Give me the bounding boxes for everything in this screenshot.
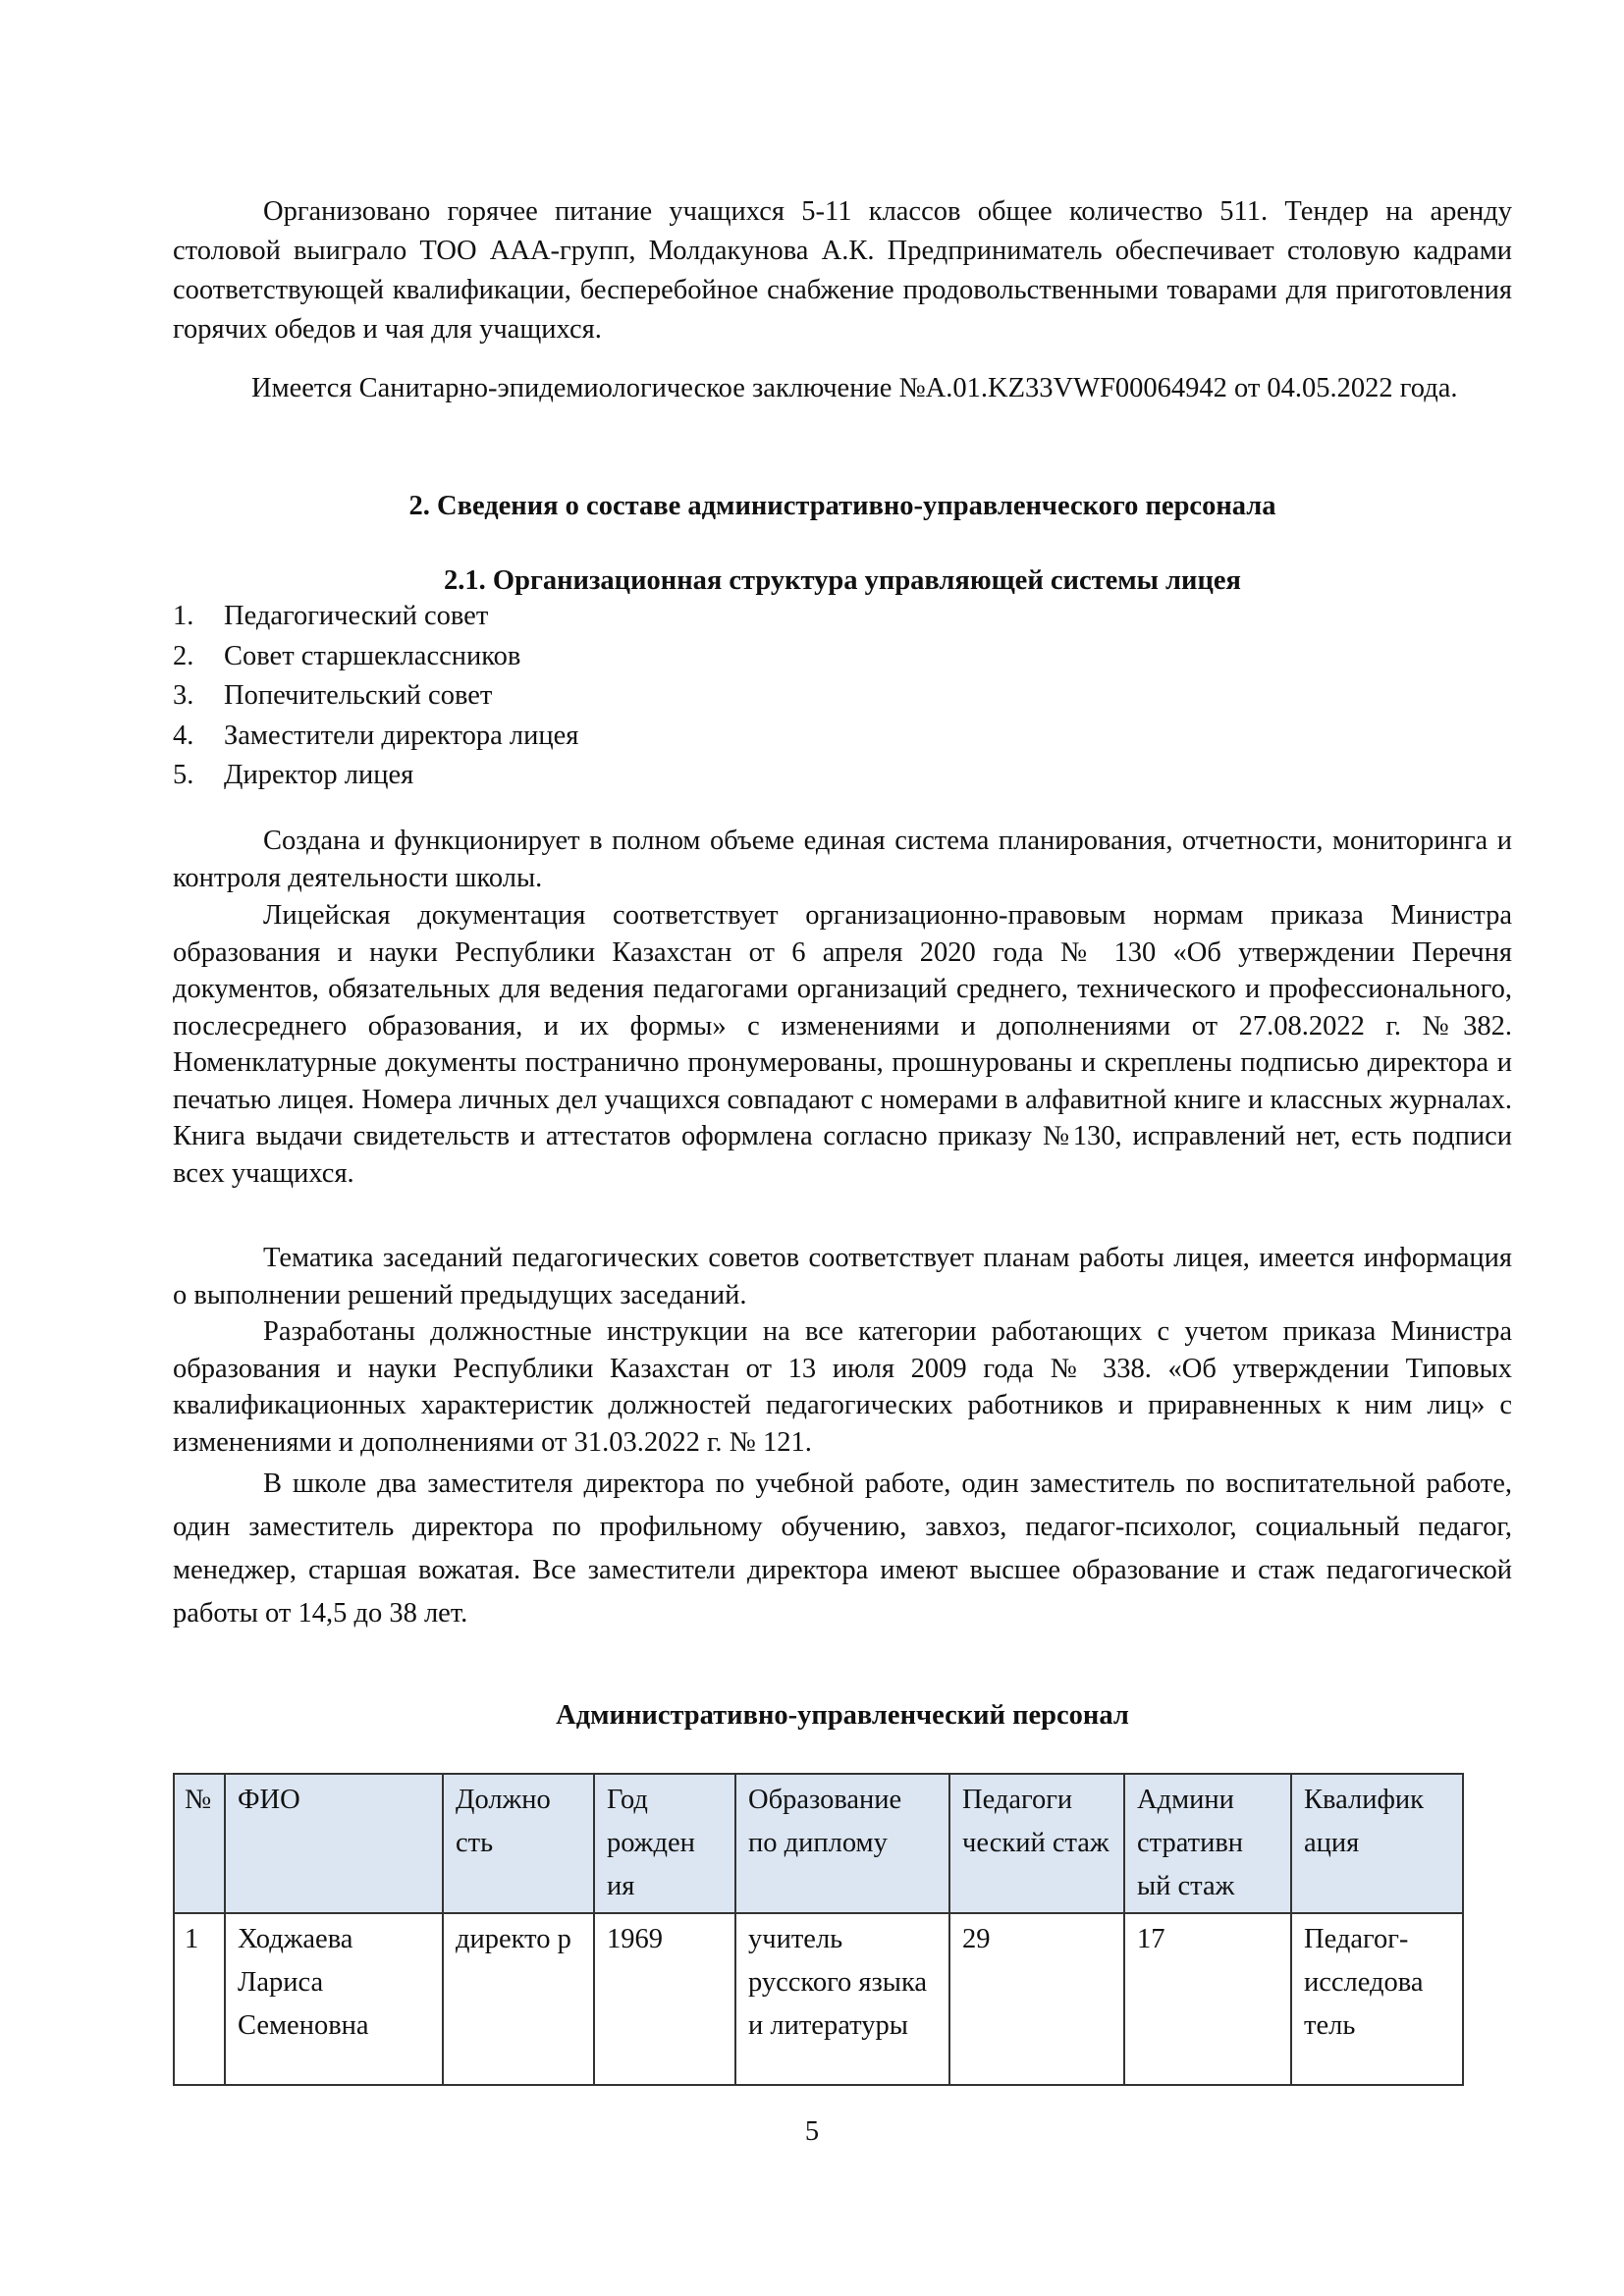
document-page: Организовано горячее питание учащихся 5-… bbox=[0, 0, 1624, 2296]
cell-position: директо р bbox=[443, 1913, 594, 2085]
paragraph-text: Организовано горячее питание учащихся 5-… bbox=[173, 196, 1512, 345]
cell-birth-year: 1969 bbox=[594, 1913, 735, 2085]
paragraph-sanitary-conclusion: Имеется Санитарно-эпидемиологическое зак… bbox=[173, 369, 1512, 408]
section-heading-2-1: 2.1. Организационная структура управляющ… bbox=[173, 561, 1512, 601]
cell-teaching-experience: 29 bbox=[949, 1913, 1124, 2085]
column-header-admin-experience: Админи стративн ый стаж bbox=[1124, 1774, 1291, 1913]
cell-qualification: Педагог-исследова тель bbox=[1291, 1913, 1463, 2085]
paragraph-text: В школе два заместителя директора по уче… bbox=[173, 1468, 1512, 1629]
admin-staff-table: № ФИО Должно сть Год рожден ия Образован… bbox=[173, 1773, 1464, 2086]
section-heading-2: 2. Сведения о составе административно-уп… bbox=[173, 487, 1512, 526]
list-item: 5.Директор лицея bbox=[173, 756, 578, 796]
paragraph-text: Разработаны должностные инструкции на вс… bbox=[173, 1316, 1512, 1458]
list-item: 1.Педагогический совет bbox=[173, 597, 578, 637]
list-item: 3.Попечительский совет bbox=[173, 676, 578, 717]
paragraph-pedagogical-councils: Тематика заседаний педагогических совето… bbox=[173, 1240, 1512, 1313]
paragraph-hot-meals: Организовано горячее питание учащихся 5-… bbox=[173, 192, 1512, 349]
list-item: 4.Заместители директора лицея bbox=[173, 717, 578, 757]
paragraph-lyceum-documentation: Лицейская документация соответствует орг… bbox=[173, 897, 1512, 1192]
paragraph-job-instructions: Разработаны должностные инструкции на вс… bbox=[173, 1313, 1512, 1461]
table-header-row: № ФИО Должно сть Год рожден ия Образован… bbox=[174, 1774, 1463, 1913]
paragraph-text: Создана и функционирует в полном объеме … bbox=[173, 826, 1512, 893]
cell-number: 1 bbox=[174, 1913, 225, 2085]
table-title: Административно-управленческий персонал bbox=[173, 1696, 1512, 1735]
paragraph-text: Имеется Санитарно-эпидемиологическое зак… bbox=[251, 373, 1457, 403]
column-header-education: Образование по диплому bbox=[735, 1774, 949, 1913]
structure-list: 1.Педагогический совет 2.Совет старшекла… bbox=[173, 597, 578, 796]
cell-admin-experience: 17 bbox=[1124, 1913, 1291, 2085]
paragraph-text: Лицейская документация соответствует орг… bbox=[173, 900, 1512, 1189]
column-header-birth-year: Год рожден ия bbox=[594, 1774, 735, 1913]
list-item: 2.Совет старшеклассников bbox=[173, 637, 578, 677]
column-header-position: Должно сть bbox=[443, 1774, 594, 1913]
cell-education: учитель русского языка и литературы bbox=[735, 1913, 949, 2085]
paragraph-deputies: В школе два заместителя директора по уче… bbox=[173, 1463, 1512, 1635]
column-header-number: № bbox=[174, 1774, 225, 1913]
paragraph-text: Тематика заседаний педагогических совето… bbox=[173, 1243, 1512, 1310]
column-header-teaching-experience: Педагоги ческий стаж bbox=[949, 1774, 1124, 1913]
table-row: 1 Ходжаева Лариса Семеновна директо р 19… bbox=[174, 1913, 1463, 2085]
page-number: 5 bbox=[0, 2116, 1624, 2148]
cell-name: Ходжаева Лариса Семеновна bbox=[225, 1913, 443, 2085]
column-header-qualification: Квалифик ация bbox=[1291, 1774, 1463, 1913]
column-header-name: ФИО bbox=[225, 1774, 443, 1913]
paragraph-planning-system: Создана и функционирует в полном объеме … bbox=[173, 823, 1512, 897]
